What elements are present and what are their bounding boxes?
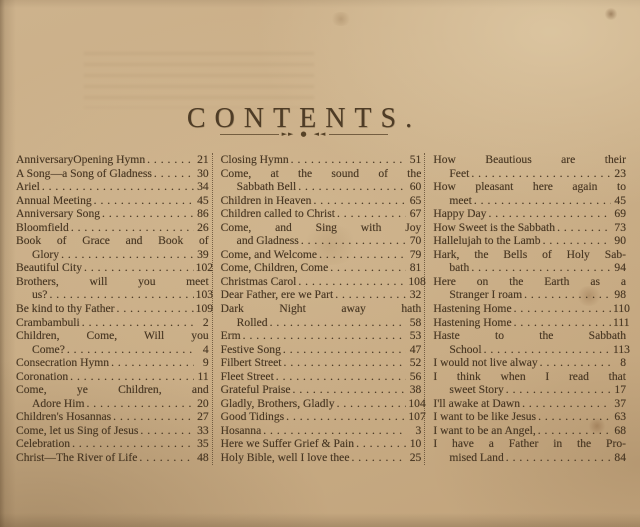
- toc-entry-line: Dark Night away hath: [221, 302, 422, 316]
- toc-entry-page: 45: [613, 194, 626, 208]
- toc-entry-title: Filbert Street: [221, 356, 282, 370]
- toc-entry-line: I have a Father in the Pro-: [433, 437, 626, 451]
- toc-entry-line: How Sweet is the Sabbath73: [433, 221, 626, 235]
- divider-ornament-center: ●: [297, 130, 310, 138]
- toc-entry-title: Adore Him: [32, 397, 84, 411]
- toc-entry-line: and Gladness70: [221, 234, 422, 248]
- toc-entry-line: Come, ye Children, and: [16, 383, 209, 397]
- toc-entry-page: 70: [408, 234, 421, 248]
- divider-ornament-left: ►►: [279, 130, 298, 138]
- toc-entry-title: Here we Suffer Grief & Pain: [221, 437, 354, 451]
- dot-leader: [514, 302, 611, 316]
- dot-leader: [86, 397, 193, 411]
- toc-entry-line: Book of Grace and Book of: [16, 234, 209, 248]
- toc-entry-page: 32: [408, 288, 421, 302]
- toc-entry-page: 56: [408, 370, 421, 384]
- toc-column: How Beautious are theirFeet23How pleasan…: [424, 153, 626, 465]
- toc-entry-title: Book of Grace and Book of: [16, 234, 209, 248]
- dot-leader: [474, 194, 611, 208]
- toc-entry-line: Festive Song47: [221, 343, 422, 357]
- dot-leader: [506, 451, 611, 465]
- toc-entry-page: 107: [408, 410, 421, 424]
- toc-entry-page: 68: [613, 424, 626, 438]
- toc-entry-page: 81: [408, 261, 421, 275]
- toc-entry-page: 30: [196, 167, 209, 181]
- toc-entry-title: Bloomfield: [16, 221, 69, 235]
- toc-entry-title: Stranger I roam: [449, 288, 522, 302]
- toc-entry-line: Come, and Sing with Joy: [221, 221, 422, 235]
- toc-entry-title: Come, ye Children, and: [16, 383, 209, 397]
- dot-leader: [351, 451, 406, 465]
- toc-entry-title: bath: [449, 261, 469, 275]
- toc-entry-page: 90: [613, 234, 626, 248]
- toc-entry-title: meet: [449, 194, 472, 208]
- toc-entry-title: How Sweet is the Sabbath: [433, 221, 555, 235]
- toc-entry-line: Consecration Hymn9: [16, 356, 209, 370]
- toc-entry-title: I have a Father in the Pro-: [433, 437, 626, 451]
- toc-entry-title: Consecration Hymn: [16, 356, 109, 370]
- toc-entry-title: Coronation: [16, 370, 68, 384]
- toc-entry-title: Celebration: [16, 437, 70, 451]
- dot-leader: [82, 316, 194, 330]
- dot-leader: [538, 424, 611, 438]
- toc-entry-line: Children, Come, Will you: [16, 329, 209, 343]
- toc-entry-page: 98: [613, 288, 626, 302]
- dot-leader: [313, 194, 406, 208]
- dot-leader: [319, 248, 406, 262]
- toc-entry-page: 20: [196, 397, 209, 411]
- toc-entry-line: Beautiful City102: [16, 261, 209, 275]
- toc-entry-page: 104: [408, 397, 421, 411]
- toc-entry-title: Annual Meeting: [16, 194, 92, 208]
- dot-leader: [111, 356, 194, 370]
- dot-leader: [102, 207, 194, 221]
- toc-entry-title: Glory: [32, 248, 59, 262]
- toc-entry-title: Rolled: [237, 316, 268, 330]
- toc-entry-line: Grateful Praise38: [221, 383, 422, 397]
- toc-entry-page: 8: [613, 356, 626, 370]
- toc-column: AnniversaryOpening Hymn21A Song—a Song o…: [16, 153, 209, 465]
- dot-leader: [270, 316, 407, 330]
- dot-leader: [506, 383, 611, 397]
- dot-leader: [356, 437, 406, 451]
- toc-entry-page: 102: [196, 261, 209, 275]
- toc-entry-page: 37: [613, 397, 626, 411]
- toc-entry-line: Coronation11: [16, 370, 209, 384]
- dot-leader: [488, 207, 611, 221]
- toc-entry-page: 34: [196, 180, 209, 194]
- toc-entry-title: I think when I read that: [433, 370, 626, 384]
- toc-entry-line: Here on the Earth as a: [433, 275, 626, 289]
- toc-entry-title: Beautiful City: [16, 261, 82, 275]
- dot-leader: [154, 167, 194, 181]
- toc-entry-line: Here we Suffer Grief & Pain10: [221, 437, 422, 451]
- toc-entry-page: 48: [196, 451, 209, 465]
- divider-ornament-right: ◄◄: [311, 130, 330, 138]
- toc-entry-title: Haste to the Sabbath: [433, 329, 626, 343]
- toc-entry-title: I would not live alway: [433, 356, 537, 370]
- toc-entry-title: A Song—a Song of Gladness: [16, 167, 152, 181]
- toc-entry-title: Come, Children, Come: [221, 261, 329, 275]
- toc-entry-title: Be kind to thy Father: [16, 302, 115, 316]
- dot-leader: [337, 397, 407, 411]
- toc-entry-page: 45: [196, 194, 209, 208]
- toc-entry-title: I want to be like Jesus: [433, 410, 536, 424]
- toc-entry-line: Good Tidings107: [221, 410, 422, 424]
- dot-leader: [283, 343, 406, 357]
- contents-columns: AnniversaryOpening Hymn21A Song—a Song o…: [16, 153, 626, 465]
- toc-entry-page: 79: [408, 248, 421, 262]
- dot-leader: [42, 180, 194, 194]
- toc-entry-line: School113: [433, 343, 626, 357]
- dot-leader: [140, 424, 193, 438]
- section-divider: ►► ● ◄◄: [0, 130, 624, 138]
- dot-leader: [49, 288, 193, 302]
- toc-entry-title: Come?: [32, 343, 65, 357]
- toc-entry-line: Annual Meeting45: [16, 194, 209, 208]
- dot-leader: [94, 194, 194, 208]
- toc-entry-line: A Song—a Song of Gladness30: [16, 167, 209, 181]
- toc-entry-title: mised Land: [449, 451, 503, 465]
- toc-entry-title: Christmas Carol: [221, 275, 297, 289]
- toc-entry-page: 53: [408, 329, 421, 343]
- dot-leader: [337, 207, 406, 221]
- toc-entry-line: Come?4: [16, 343, 209, 357]
- divider-rule-right: [329, 134, 388, 135]
- toc-entry-line: I want to be an Angel,68: [433, 424, 626, 438]
- toc-entry-title: I'll awake at Dawn: [433, 397, 520, 411]
- toc-entry-line: Hosanna3: [221, 424, 422, 438]
- toc-entry-line: Holy Bible, well I love thee25: [221, 451, 422, 465]
- toc-entry-page: 94: [613, 261, 626, 275]
- toc-entry-line: Anniversary Song86: [16, 207, 209, 221]
- dot-leader: [298, 180, 406, 194]
- toc-entry-line: How pleasant here again to: [433, 180, 626, 194]
- dot-leader: [291, 153, 407, 167]
- toc-entry-line: Rolled58: [221, 316, 422, 330]
- toc-entry-line: Feet23: [433, 167, 626, 181]
- toc-entry-line: I want to be like Jesus63: [433, 410, 626, 424]
- toc-entry-line: I'll awake at Dawn37: [433, 397, 626, 411]
- toc-entry-line: How Beautious are their: [433, 153, 626, 167]
- toc-entry-line: AnniversaryOpening Hymn21: [16, 153, 209, 167]
- toc-entry-title: I want to be an Angel,: [433, 424, 535, 438]
- toc-entry-title: Erm: [221, 329, 241, 343]
- toc-entry-line: Happy Day69: [433, 207, 626, 221]
- dot-leader: [484, 343, 611, 357]
- toc-entry-page: 39: [196, 248, 209, 262]
- toc-entry-page: 52: [408, 356, 421, 370]
- dot-leader: [524, 288, 611, 302]
- dot-leader: [243, 329, 407, 343]
- toc-entry-title: Come, and Sing with Joy: [221, 221, 422, 235]
- dot-leader: [284, 356, 407, 370]
- toc-entry-title: Crambambuli: [16, 316, 80, 330]
- toc-entry-page: 111: [613, 316, 626, 330]
- toc-column: Closing Hymn51Come, at the sound of theS…: [212, 153, 422, 465]
- toc-entry-title: Feet: [449, 167, 469, 181]
- toc-entry-page: 47: [408, 343, 421, 357]
- toc-entry-title: Hastening Home: [433, 302, 511, 316]
- toc-entry-page: 63: [613, 410, 626, 424]
- dot-leader: [113, 410, 194, 424]
- toc-entry-page: 4: [196, 343, 209, 357]
- dot-leader: [286, 410, 406, 424]
- toc-entry-title: AnniversaryOpening Hymn: [16, 153, 145, 167]
- toc-entry-line: Hastening Home111: [433, 316, 626, 330]
- toc-entry-line: Hastening Home110: [433, 302, 626, 316]
- toc-entry-title: Come, at the sound of the: [221, 167, 422, 181]
- toc-entry-title: sweet Story: [449, 383, 503, 397]
- toc-entry-title: Children, Come, Will you: [16, 329, 209, 343]
- toc-entry-page: 23: [613, 167, 626, 181]
- toc-entry-title: Dear Father, ere we Part: [221, 288, 334, 302]
- toc-entry-line: us?103: [16, 288, 209, 302]
- dot-leader: [263, 424, 406, 438]
- toc-entry-title: Dark Night away hath: [221, 302, 422, 316]
- toc-entry-line: Children called to Christ67: [221, 207, 422, 221]
- toc-entry-line: Stranger I roam98: [433, 288, 626, 302]
- toc-entry-title: Come, let us Sing of Jesus: [16, 424, 138, 438]
- divider-rule-left: [220, 134, 279, 135]
- toc-entry-title: us?: [32, 288, 47, 302]
- toc-entry-title: Children in Heaven: [221, 194, 312, 208]
- toc-entry-line: Adore Him20: [16, 397, 209, 411]
- toc-entry-title: Christ—The River of Life: [16, 451, 137, 465]
- toc-entry-page: 9: [196, 356, 209, 370]
- toc-entry-line: Christmas Carol108: [221, 275, 422, 289]
- toc-entry-line: Christ—The River of Life48: [16, 451, 209, 465]
- toc-entry-line: I think when I read that: [433, 370, 626, 384]
- toc-entry-title: Hosanna: [221, 424, 262, 438]
- dot-leader: [538, 410, 611, 424]
- toc-entry-title: Hark, the Bells of Holy Sab-: [433, 248, 626, 262]
- toc-entry-title: Good Tidings: [221, 410, 284, 424]
- toc-entry-title: Gladly, Brothers, Gladly: [221, 397, 335, 411]
- toc-entry-line: Celebration35: [16, 437, 209, 451]
- dot-leader: [514, 316, 611, 330]
- toc-entry-line: Children in Heaven65: [221, 194, 422, 208]
- toc-entry-page: 58: [408, 316, 421, 330]
- toc-entry-line: meet45: [433, 194, 626, 208]
- dot-leader: [540, 356, 611, 370]
- toc-entry-line: Sabbath Bell60: [221, 180, 422, 194]
- toc-entry-line: Dear Father, ere we Part32: [221, 288, 422, 302]
- toc-entry-page: 65: [408, 194, 421, 208]
- toc-entry-line: Crambambuli2: [16, 316, 209, 330]
- toc-entry-page: 21: [196, 153, 209, 167]
- dot-leader: [61, 248, 194, 262]
- toc-entry-page: 26: [196, 221, 209, 235]
- toc-entry-title: Closing Hymn: [221, 153, 289, 167]
- toc-entry-line: I would not live alway8: [433, 356, 626, 370]
- toc-entry-title: and Gladness: [237, 234, 299, 248]
- toc-entry-title: Hallelujah to the Lamb: [433, 234, 540, 248]
- dot-leader: [117, 302, 194, 316]
- book-page: CONTENTS. ►► ● ◄◄ AnniversaryOpening Hym…: [0, 0, 640, 527]
- toc-entry-line: Come, Children, Come81: [221, 261, 422, 275]
- toc-entry-line: bath94: [433, 261, 626, 275]
- toc-entry-title: Holy Bible, well I love thee: [221, 451, 350, 465]
- dot-leader: [276, 370, 407, 384]
- toc-entry-page: 109: [196, 302, 209, 316]
- toc-entry-line: Haste to the Sabbath: [433, 329, 626, 343]
- toc-entry-page: 69: [613, 207, 626, 221]
- toc-entry-line: Be kind to thy Father109: [16, 302, 209, 316]
- toc-entry-title: Children called to Christ: [221, 207, 335, 221]
- dot-leader: [301, 234, 407, 248]
- toc-entry-page: 33: [196, 424, 209, 438]
- toc-entry-line: Gladly, Brothers, Gladly104: [221, 397, 422, 411]
- dot-leader: [139, 451, 193, 465]
- toc-entry-page: 38: [408, 383, 421, 397]
- toc-entry-line: Glory39: [16, 248, 209, 262]
- toc-entry-title: Sabbath Bell: [237, 180, 297, 194]
- toc-entry-line: Closing Hymn51: [221, 153, 422, 167]
- toc-entry-page: 113: [613, 343, 626, 357]
- toc-entry-title: Hastening Home: [433, 316, 511, 330]
- paper-stain: [604, 8, 618, 20]
- toc-entry-page: 17: [613, 383, 626, 397]
- toc-entry-page: 27: [196, 410, 209, 424]
- toc-entry-line: Come, let us Sing of Jesus33: [16, 424, 209, 438]
- toc-entry-page: 51: [408, 153, 421, 167]
- toc-entry-title: Here on the Earth as a: [433, 275, 626, 289]
- toc-entry-title: School: [449, 343, 481, 357]
- toc-entry-line: Hark, the Bells of Holy Sab-: [433, 248, 626, 262]
- toc-entry-title: Come, and Welcome: [221, 248, 317, 262]
- toc-entry-line: Children's Hosannas27: [16, 410, 209, 424]
- toc-entry-page: 60: [408, 180, 421, 194]
- toc-entry-title: Festive Song: [221, 343, 281, 357]
- dot-leader: [70, 370, 194, 384]
- dot-leader: [471, 261, 611, 275]
- dot-leader: [557, 221, 611, 235]
- toc-entry-title: Happy Day: [433, 207, 486, 221]
- toc-entry-line: Come, at the sound of the: [221, 167, 422, 181]
- dot-leader: [543, 234, 611, 248]
- toc-entry-line: mised Land84: [433, 451, 626, 465]
- toc-entry-title: Ariel: [16, 180, 40, 194]
- toc-entry-page: 2: [196, 316, 209, 330]
- dot-leader: [71, 221, 194, 235]
- toc-entry-page: 73: [613, 221, 626, 235]
- toc-entry-line: Filbert Street52: [221, 356, 422, 370]
- toc-entry-line: Hallelujah to the Lamb90: [433, 234, 626, 248]
- paper-stain: [330, 12, 352, 26]
- toc-entry-line: Bloomfield26: [16, 221, 209, 235]
- toc-entry-line: Brothers, will you meet: [16, 275, 209, 289]
- toc-entry-page: 86: [196, 207, 209, 221]
- dot-leader: [147, 153, 194, 167]
- toc-entry-page: 108: [408, 275, 421, 289]
- toc-entry-title: Brothers, will you meet: [16, 275, 209, 289]
- toc-entry-page: 10: [408, 437, 421, 451]
- page-show-through: [84, 52, 314, 108]
- dot-leader: [293, 383, 407, 397]
- toc-entry-page: 35: [196, 437, 209, 451]
- toc-entry-line: Come, and Welcome79: [221, 248, 422, 262]
- dot-leader: [522, 397, 611, 411]
- toc-entry-title: Fleet Street: [221, 370, 274, 384]
- toc-entry-page: 25: [408, 451, 421, 465]
- dot-leader: [67, 343, 194, 357]
- toc-entry-page: 3: [408, 424, 421, 438]
- toc-entry-page: 67: [408, 207, 421, 221]
- dot-leader: [72, 437, 194, 451]
- toc-entry-line: Ariel34: [16, 180, 209, 194]
- toc-entry-page: 84: [613, 451, 626, 465]
- dot-leader: [298, 275, 406, 289]
- toc-entry-line: Erm53: [221, 329, 422, 343]
- toc-entry-title: Children's Hosannas: [16, 410, 111, 424]
- toc-entry-page: 103: [196, 288, 209, 302]
- dot-leader: [335, 288, 406, 302]
- toc-entry-title: How pleasant here again to: [433, 180, 626, 194]
- toc-entry-line: Fleet Street56: [221, 370, 422, 384]
- toc-entry-title: Anniversary Song: [16, 207, 100, 221]
- toc-entry-page: 110: [613, 302, 626, 316]
- toc-entry-title: How Beautious are their: [433, 153, 626, 167]
- dot-leader: [330, 261, 406, 275]
- toc-entry-page: 11: [196, 370, 209, 384]
- dot-leader: [471, 167, 611, 181]
- toc-entry-line: sweet Story17: [433, 383, 626, 397]
- dot-leader: [84, 261, 194, 275]
- toc-entry-title: Grateful Praise: [221, 383, 291, 397]
